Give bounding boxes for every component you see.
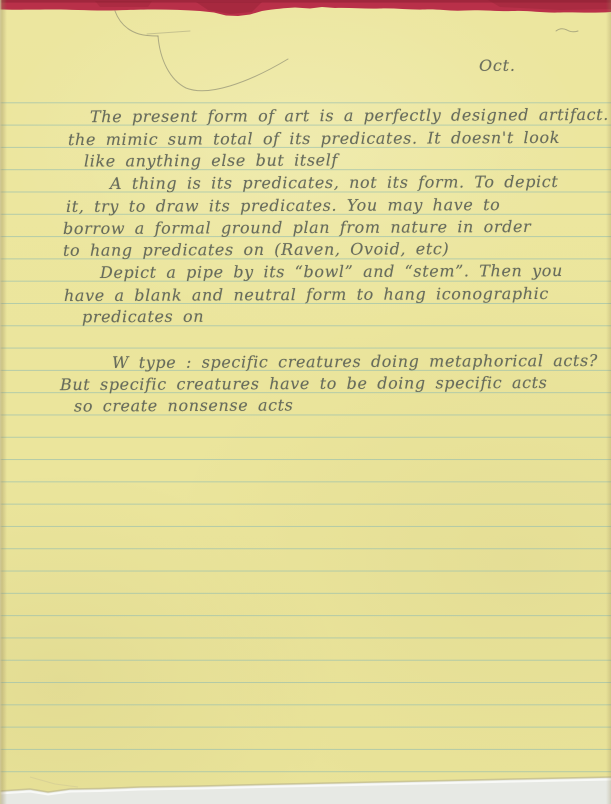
handwritten-line: W type : specific creatures doing metaph… [112,351,598,373]
paper-sheet: Oct. The present form of art is a perfec… [0,0,611,804]
paper-left-edge [0,0,7,804]
handwritten-line: it, try to draw its predicates. You may … [66,195,500,217]
torn-bottom-edge [0,775,611,804]
handwritten-line: to hang predicates on (Raven, Ovoid, etc… [63,239,449,261]
handwritten-line: Depict a pipe by its “bowl” and “stem”. … [100,261,563,283]
date-label: Oct. [479,56,516,75]
handwritten-line: the mimic sum total of its predicates. I… [68,128,560,150]
handwritten-line: The present form of art is a perfectly d… [90,105,611,127]
handwritten-line: like anything else but itself [84,150,338,171]
handwritten-line: A thing is its predicates, not its form.… [110,172,558,194]
handwritten-line: predicates on [82,307,204,328]
handwritten-line: borrow a formal ground plan from nature … [63,217,531,239]
bottom-crease [30,777,78,787]
scanned-page: Oct. The present form of art is a perfec… [0,0,611,804]
handwritten-line: so create nonsense acts [74,396,294,417]
pencil-scribble [0,0,611,120]
pencil-dash [556,29,578,32]
handwritten-line: But specific creatures have to be doing … [60,373,548,395]
handwritten-line: have a blank and neutral form to hang ic… [64,284,549,306]
